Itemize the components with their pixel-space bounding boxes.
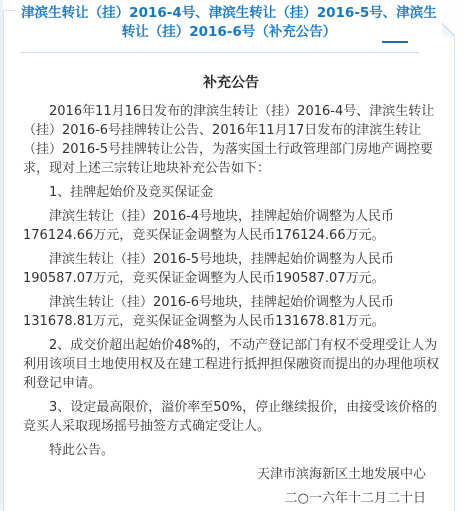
paragraph-item-1-heading: 1、挂牌起始价及竞买保证金 <box>23 183 439 202</box>
supplement-heading: 补充公告 <box>23 74 439 93</box>
paragraph-item-2: 2、成交价超出起始价48%的，不动产登记部门有权不受理受让人为利用该项目土地使用… <box>23 336 439 393</box>
paragraph-closing: 特此公告。 <box>23 441 439 460</box>
paragraph-intro: 2016年11月16日发布的津滨生转让（挂）2016-4号、津滨生转让（挂）20… <box>23 102 439 178</box>
title-separator-line <box>20 52 419 53</box>
announcement-body: 补充公告 2016年11月16日发布的津滨生转让（挂）2016-4号、津滨生转让… <box>4 74 454 508</box>
document-title: 津滨生转让（挂）2016-4号、津滨生转让（挂）2016-5号、津滨生转让（挂）… <box>16 4 442 42</box>
paragraph-plot-2016-5: 津滨生转让（挂）2016-5号地块，挂牌起始价调整为人民币190587.07万元… <box>23 250 439 288</box>
paragraph-plot-2016-4: 津滨生转让（挂）2016-4号地块，挂牌起始价调整为人民币176124.66万元… <box>23 207 439 245</box>
announcement-panel: 津滨生转让（挂）2016-4号、津滨生转让（挂）2016-5号、津滨生转让（挂）… <box>3 10 455 510</box>
signature-block: 天津市滨海新区土地发展中心 二○一六年十二月二十日 <box>23 465 439 508</box>
title-underline-decoration <box>382 41 408 43</box>
issuer-signature: 天津市滨海新区土地发展中心 <box>23 465 426 484</box>
issue-date: 二○一六年十二月二十日 <box>23 489 426 508</box>
paragraph-plot-2016-6: 津滨生转让（挂）2016-6号地块，挂牌起始价调整为人民币131678.81万元… <box>23 293 439 331</box>
paragraph-item-3: 3、设定最高限价，溢价率至50%，停止继续报价，由接受该价格的竞买人采取现场摇号… <box>23 398 439 436</box>
